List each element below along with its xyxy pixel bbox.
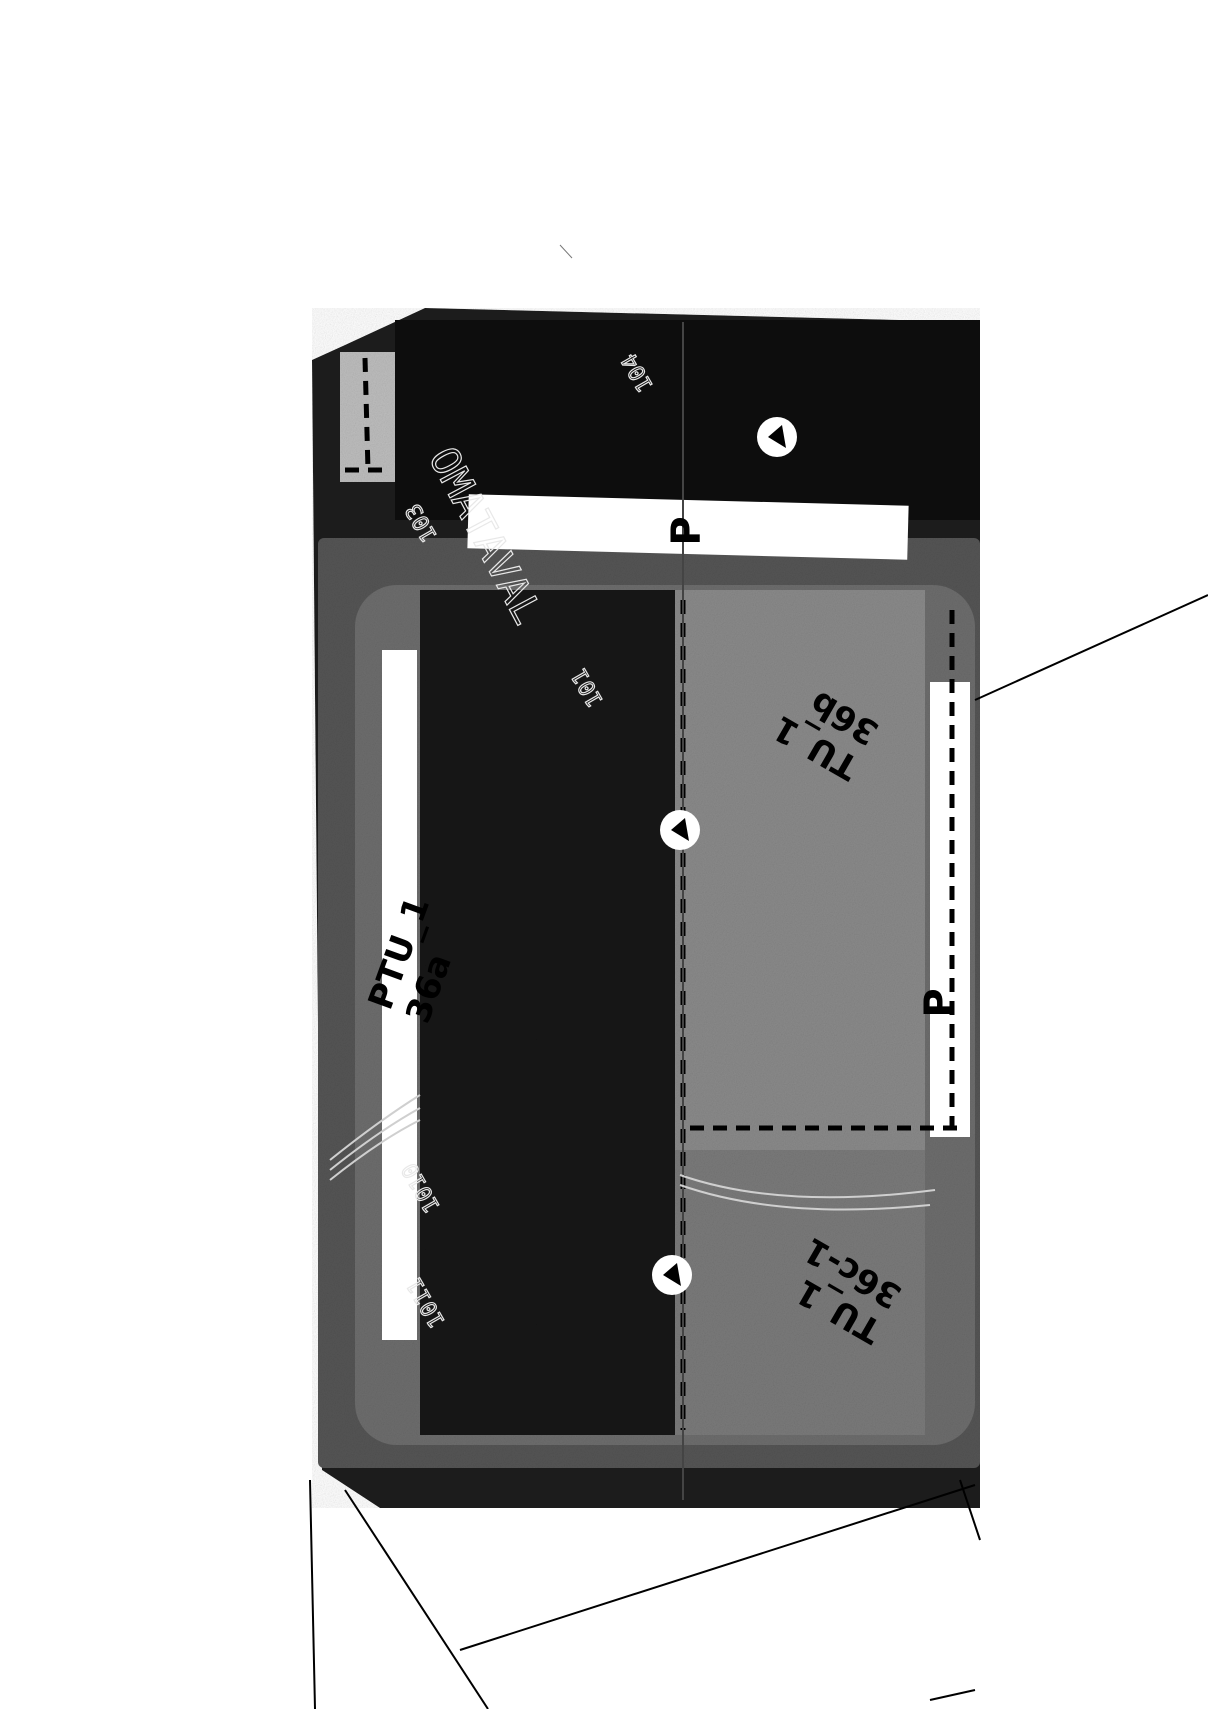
tree-icon bbox=[652, 1255, 692, 1295]
parking-label-right: P bbox=[917, 988, 963, 1017]
tree-icon bbox=[660, 810, 700, 850]
tree-icon bbox=[757, 417, 797, 457]
site-plan-map bbox=[0, 0, 1208, 1709]
parking-label-top: P bbox=[664, 516, 710, 545]
